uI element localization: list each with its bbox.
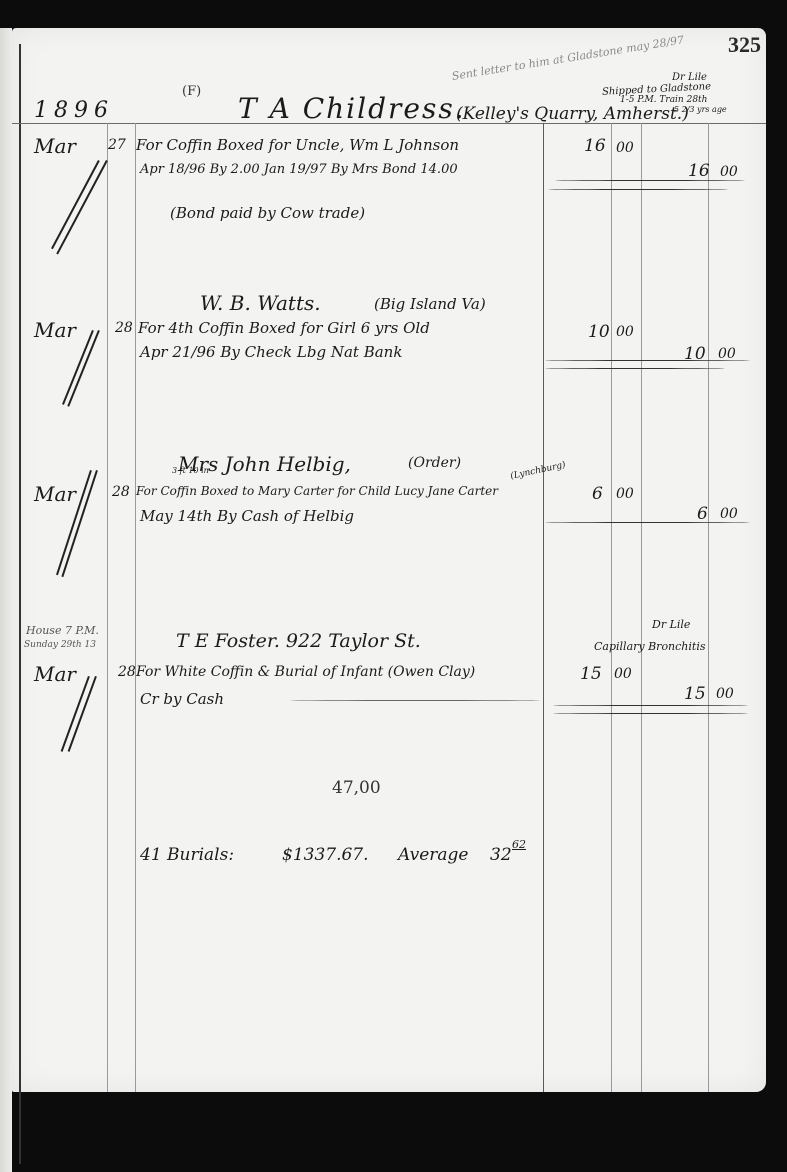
column-rule-debit-left <box>543 123 544 1092</box>
right-note-cause: Capillary Bronchitis <box>594 640 706 653</box>
credit-dollars: 15 <box>684 684 706 704</box>
balance-rule <box>553 705 748 706</box>
balance-rule <box>553 713 748 714</box>
entry-day: 28 <box>115 320 133 336</box>
customer-location: (Kelley's Quarry, Amherst.) <box>456 104 689 124</box>
margin-note-house: House 7 P.M. <box>26 624 99 637</box>
entry-month: Mar <box>34 318 76 342</box>
entry-day: 28 <box>118 664 136 680</box>
entry-payments: Cr by Cash <box>140 690 224 708</box>
credit-cents: 00 <box>716 686 734 702</box>
folio-mark: (F) <box>182 84 201 99</box>
header-note-age: 5 2/3 yrs age <box>674 105 727 114</box>
entry-customer: W. B. Watts. <box>200 291 321 315</box>
balance-rule <box>555 180 745 181</box>
customer-name-header: T A Childress. <box>238 92 466 125</box>
debit-dollars: 16 <box>584 136 606 156</box>
credit-dollars: 6 <box>697 504 708 524</box>
entry-customer-note: (Big Island Va) <box>374 295 486 313</box>
balance-rule <box>545 522 750 523</box>
entry-payments: Apr 21/96 By Check Lbg Nat Bank <box>140 343 402 361</box>
average-label: Average <box>398 845 468 865</box>
credit-dollars: 10 <box>684 344 706 364</box>
entry-day: 27 <box>108 137 126 153</box>
column-rule-debit-cents <box>611 123 612 1092</box>
average-cents: 62 <box>512 838 526 851</box>
ledger-page <box>12 28 766 1092</box>
debit-cents: 00 <box>614 666 632 682</box>
entry-note: (Bond paid by Cow trade) <box>170 204 365 222</box>
entry-customer: T E Foster. 922 Taylor St. <box>176 630 421 652</box>
entry-day: 28 <box>112 484 130 500</box>
entry-underline <box>290 700 540 701</box>
debit-cents: 00 <box>616 324 634 340</box>
column-rule-day <box>135 123 136 1092</box>
credit-dollars: 16 <box>688 161 710 181</box>
balance-rule <box>548 189 728 190</box>
debit-cents: 00 <box>616 140 634 156</box>
credit-cents: 00 <box>720 506 738 522</box>
column-rule-date <box>107 123 108 1092</box>
binding-line <box>19 44 21 1164</box>
entry-payments: Apr 18/96 By 2.00 Jan 19/97 By Mrs Bond … <box>140 162 458 177</box>
entry-month: Mar <box>34 662 76 686</box>
burials-count: 41 Burials: <box>140 845 234 865</box>
balance-rule <box>545 360 750 361</box>
entry-description: For White Coffin & Burial of Infant (Owe… <box>136 664 475 680</box>
entry-payments: May 14th By Cash of Helbig <box>140 507 354 525</box>
entry-month: Mar <box>34 134 76 158</box>
entry-customer-note: (Order) <box>408 455 461 471</box>
entry-description: For 4th Coffin Boxed for Girl 6 yrs Old <box>138 319 430 337</box>
entry-month: Mar <box>34 482 76 506</box>
entry-description: For Coffin Boxed to Mary Carter for Chil… <box>136 484 498 498</box>
credit-cents: 00 <box>720 164 738 180</box>
page-number: 325 <box>728 32 761 58</box>
header-note-train: 1-5 P.M. Train 28th <box>620 95 707 105</box>
margin-note-sunday: Sunday 29th 13 <box>24 640 96 650</box>
entry-size-note: 3 ft 10 in <box>172 466 209 475</box>
column-rule-credit-left <box>641 123 642 1092</box>
entry-description: For Coffin Boxed for Uncle, Wm L Johnson <box>136 136 459 154</box>
right-note-doctor: Dr Lile <box>652 618 690 631</box>
average-value: 32 <box>490 845 512 865</box>
balance-rule <box>545 368 725 369</box>
debit-dollars: 6 <box>592 484 603 504</box>
page-total: 47,00 <box>332 778 381 798</box>
debit-dollars: 10 <box>588 322 610 342</box>
debit-cents: 00 <box>616 486 634 502</box>
year: 1896 <box>34 98 114 123</box>
column-rule-credit-cents <box>708 123 709 1092</box>
debit-dollars: 15 <box>580 664 602 684</box>
burials-amount: $1337.67. <box>282 845 369 865</box>
facing-page-edge <box>0 28 12 1172</box>
